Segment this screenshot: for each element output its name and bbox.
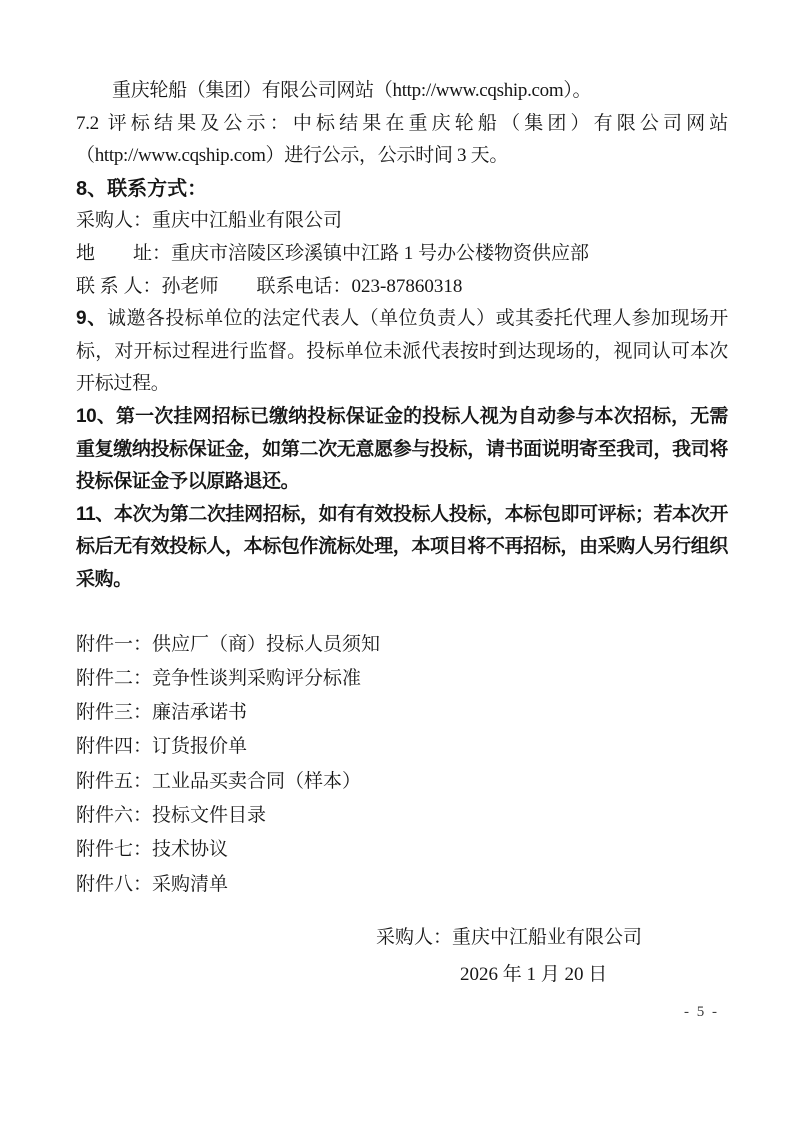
page-number: - 5 - — [684, 1004, 719, 1021]
paragraph-9: 9、诚邀各投标单位的法定代表人（单位负责人）或其委托代理人参加现场开标，对开标过… — [76, 303, 728, 401]
paragraph-10: 10、第一次挂网招标已缴纳投标保证金的投标人视为自动参与本次招标，无需重复缴纳投… — [76, 401, 728, 499]
paragraph-7-1-continuation: 重庆轮船（集团）有限公司网站（http://www.cqship.com）。 — [76, 75, 728, 108]
signature-date: 2026 年 1 月 20 日 — [460, 956, 728, 993]
attachment-item-3: 附件三：廉洁承诺书 — [76, 696, 728, 730]
attachment-list: 附件一：供应厂（商）投标人员须知 附件二：竞争性谈判采购评分标准 附件三：廉洁承… — [76, 628, 728, 902]
attachment-item-6: 附件六：投标文件目录 — [76, 799, 728, 833]
contact-address-line: 地 址：重庆市涪陵区珍溪镇中江路 1 号办公楼物资供应部 — [76, 238, 728, 271]
signature-block: 采购人：重庆中江船业有限公司 2026 年 1 月 20 日 — [376, 919, 728, 993]
document-page: 重庆轮船（集团）有限公司网站（http://www.cqship.com）。 7… — [0, 0, 793, 1122]
paragraph-7-2: 7.2 评标结果及公示：中标结果在重庆轮船（集团）有限公司网站（http://w… — [76, 108, 728, 173]
paragraph-9-number: 9、 — [76, 308, 107, 329]
paragraph-9-text: 诚邀各投标单位的法定代表人（单位负责人）或其委托代理人参加现场开标，对开标过程进… — [76, 308, 728, 394]
attachment-item-5: 附件五：工业品买卖合同（样本） — [76, 765, 728, 799]
attachment-item-1: 附件一：供应厂（商）投标人员须知 — [76, 628, 728, 662]
paragraph-11: 11、本次为第二次挂网招标，如有有效投标人投标，本标包即可评标；若本次开标后无有… — [76, 499, 728, 597]
signature-buyer: 采购人：重庆中江船业有限公司 — [376, 919, 728, 956]
attachment-item-4: 附件四：订货报价单 — [76, 730, 728, 764]
attachment-item-7: 附件七：技术协议 — [76, 833, 728, 867]
contact-buyer-line: 采购人：重庆中江船业有限公司 — [76, 205, 728, 238]
document-content: 重庆轮船（集团）有限公司网站（http://www.cqship.com）。 7… — [76, 75, 728, 993]
attachment-item-8: 附件八：采购清单 — [76, 868, 728, 902]
attachment-item-2: 附件二：竞争性谈判采购评分标准 — [76, 662, 728, 696]
contact-person-line: 联 系 人：孙老师 联系电话：023-87860318 — [76, 271, 728, 304]
section-8-heading: 8、联系方式： — [76, 173, 728, 206]
